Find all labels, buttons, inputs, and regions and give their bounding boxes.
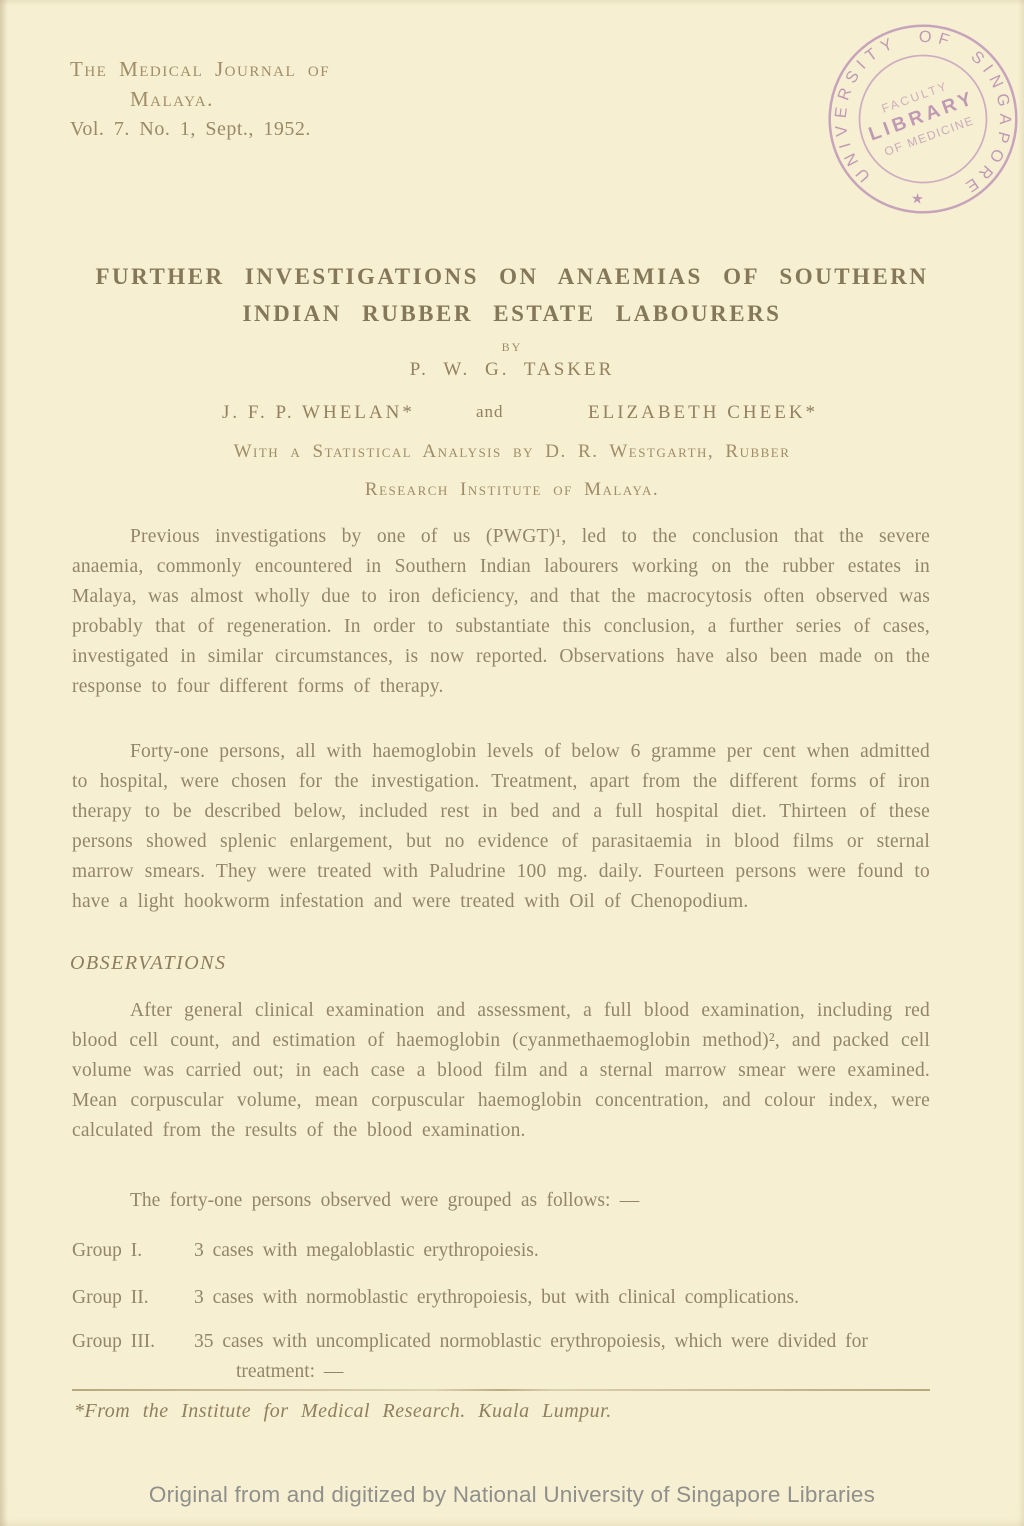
- stamp-inner-text: FACULTY LIBRARY OF MEDICINE: [860, 71, 984, 161]
- author-affiliation-footnote: *From the Institute for Medical Research…: [74, 1400, 612, 1423]
- library-stamp-graphic: UNIVERSITY OF SINGAPORE ★ FACULTY LIBRAR…: [815, 9, 1024, 229]
- group-label: Group III.: [72, 1327, 194, 1387]
- group-text: 3 cases with megaloblastic erythropoiesi…: [194, 1236, 932, 1266]
- group-label: Group I.: [72, 1236, 194, 1266]
- paragraph-observations: After general clinical examination and a…: [72, 996, 930, 1146]
- article-title-line2: INDIAN RUBBER ESTATE LABOURERS: [0, 295, 1024, 332]
- journal-masthead: The Medical Journal of Malaya. Vol. 7. N…: [70, 54, 330, 144]
- footnote-divider: [72, 1389, 930, 1391]
- author-cheek: ELIZABETH CHEEK*: [588, 402, 818, 424]
- group-text: 35 cases with uncomplicated normoblastic…: [194, 1327, 932, 1387]
- by-label: BY: [0, 340, 1024, 355]
- observations-heading: OBSERVATIONS: [70, 952, 227, 975]
- paragraph-methods: Forty-one persons, all with haemoglobin …: [72, 737, 930, 917]
- group-item-3: Group III. 35 cases with uncomplicated n…: [72, 1327, 932, 1387]
- statistical-credit-line2: Research Institute of Malaya.: [0, 479, 1024, 501]
- stamp-star-icon: ★: [910, 191, 924, 208]
- author-tasker: P. W. G. TASKER: [0, 359, 1024, 381]
- library-stamp: UNIVERSITY OF SINGAPORE ★ FACULTY LIBRAR…: [815, 9, 1024, 229]
- author-whelan: J. F. P. WHELAN*: [222, 402, 415, 424]
- article-title-line1: FURTHER INVESTIGATIONS ON ANAEMIAS OF SO…: [0, 258, 1024, 295]
- group-item-2: Group II. 3 cases with normoblastic eryt…: [72, 1283, 932, 1313]
- group-item-1: Group I. 3 cases with megaloblastic eryt…: [72, 1236, 932, 1266]
- grouping-intro-line: The forty-one persons observed were grou…: [72, 1190, 930, 1212]
- group-text: 3 cases with normoblastic erythropoiesis…: [194, 1283, 932, 1313]
- group-label: Group II.: [72, 1283, 194, 1313]
- journal-title-line2: Malaya.: [130, 84, 330, 114]
- authors-conjunction: and: [476, 402, 504, 422]
- journal-volume-line: Vol. 7. No. 1, Sept., 1952.: [70, 114, 330, 144]
- article-title: FURTHER INVESTIGATIONS ON ANAEMIAS OF SO…: [0, 258, 1024, 332]
- paragraph-introduction: Previous investigations by one of us (PW…: [72, 522, 930, 702]
- authors-row: J. F. P. WHELAN* and ELIZABETH CHEEK*: [0, 402, 1024, 432]
- statistical-credit-line1: With a Statistical Analysis by D. R. Wes…: [0, 441, 1024, 463]
- digitization-credit: Original from and digitized by National …: [0, 1482, 1024, 1508]
- scanned-journal-page: The Medical Journal of Malaya. Vol. 7. N…: [0, 0, 1024, 1526]
- journal-title-line1: The Medical Journal of: [70, 54, 330, 84]
